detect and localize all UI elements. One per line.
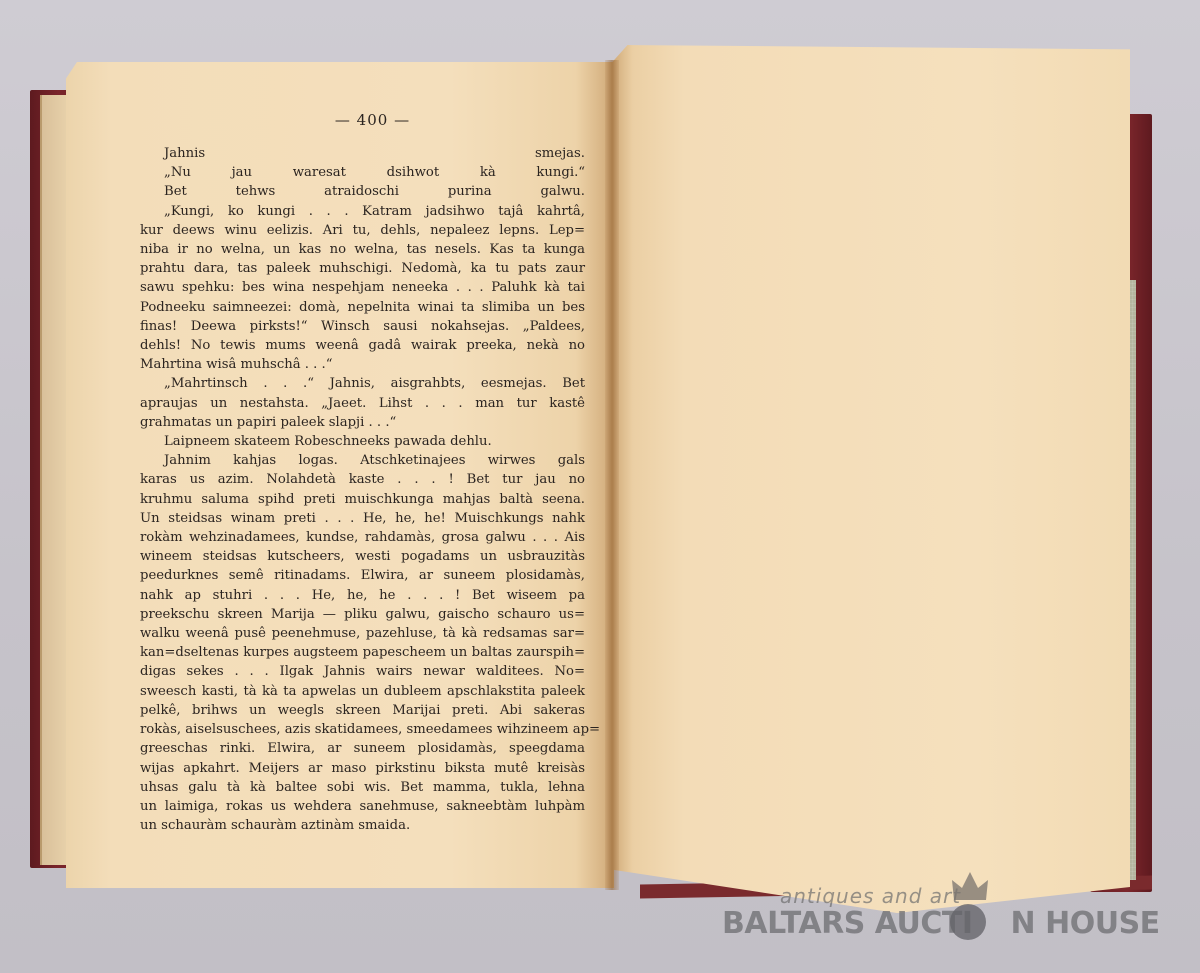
text-line: „Mahrtinsch . . .“ Jahnis, aisgrahbts, e… [140, 374, 585, 393]
text-lines: Jahnis smejas.„Nu jau waresat dsihwot kà… [140, 144, 585, 835]
page-number: — 400 — [160, 108, 585, 132]
crown-icon [950, 870, 990, 904]
text-line: pelkê, brihws un weegls skreen Marijai p… [140, 701, 585, 720]
auction-house-watermark: antiques and art BALTARS AUCTIN HOUSE [722, 884, 1122, 944]
text-line: preekschu skreen Marija — pliku galwu, g… [140, 605, 585, 624]
text-line: Bet tehws atraidoschi purina galwu. [140, 182, 585, 201]
text-line: Un steidsas winam preti . . . He, he, he… [140, 509, 585, 528]
text-line: peedurknes semê ritinadams. Elwira, ar s… [140, 566, 585, 585]
text-line: karas us azim. Nolahdetà kaste . . . ! B… [140, 470, 585, 489]
text-line: Mahrtina wisâ muhschâ . . .“ [140, 355, 585, 374]
text-line: niba ir no welna, un kas no welna, tas n… [140, 240, 585, 259]
left-page-text: — 400 — Jahnis smejas.„Nu jau waresat ds… [140, 108, 585, 835]
text-line: dehls! No tewis mums weenâ gadâ wairak p… [140, 336, 585, 355]
text-line: sawu spehku: bes wina nespehjam neneeka … [140, 278, 585, 297]
text-line: Jahnim kahjas logas. Atschketinajees wir… [140, 451, 585, 470]
text-line: prahtu dara, tas paleek muhschigi. Nedom… [140, 259, 585, 278]
watermark-name: BALTARS AUCTIN HOUSE [722, 906, 1160, 941]
text-line: Jahnis smejas. [140, 144, 585, 163]
text-line: nahk ap stuhri . . . He, he, he . . . ! … [140, 586, 585, 605]
text-line: wijas apkahrt. Meijers ar maso pirkstinu… [140, 759, 585, 778]
text-line: finas! Deewa pirksts!“ Winsch sausi noka… [140, 317, 585, 336]
text-line: walku weenâ pusê peenehmuse, pazehluse, … [140, 624, 585, 643]
right-page-blank [612, 45, 1130, 913]
watermark-name-right: N HOUSE [1011, 906, 1160, 941]
text-line: grahmatas un papiri paleek slapji . . .“ [140, 413, 585, 432]
text-line: greeschas rinki. Elwira, ar suneem plosi… [140, 739, 585, 758]
text-line: rokàs, aiselsuschees, azis skatidamees, … [140, 720, 585, 739]
book-gutter [605, 60, 619, 890]
text-line: kruhmu saluma spihd preti muischkunga ma… [140, 490, 585, 509]
text-line: un schauràm schauràm aztinàm smaida. [140, 816, 585, 835]
text-line: rokàm wehzinadamees, kundse, rahdamàs, g… [140, 528, 585, 547]
text-line: uhsas galu tà kà baltee sobi wis. Bet ma… [140, 778, 585, 797]
text-line: „Nu jau waresat dsihwot kà kungi.“ [140, 163, 585, 182]
text-line: wineem steidsas kutscheers, westi pogada… [140, 547, 585, 566]
text-line: digas sekes . . . Ilgak Jahnis wairs new… [140, 662, 585, 681]
book-photo-scene: — 400 — Jahnis smejas.„Nu jau waresat ds… [0, 0, 1200, 973]
watermark-name-left: BALTARS AUCTI [722, 906, 973, 941]
text-line: apraujas un nestahsta. „Jaeet. Lihst . .… [140, 394, 585, 413]
text-line: sweesch kasti, tà kà ta apwelas un duble… [140, 682, 585, 701]
text-line: „Kungi, ko kungi . . . Katram jadsihwo t… [140, 202, 585, 221]
text-line: kan=dseltenas kurpes augsteem papescheem… [140, 643, 585, 662]
text-line: un laimiga, rokas us wehdera sanehmuse, … [140, 797, 585, 816]
text-line: kur deews winu eelizis. Ari tu, dehls, n… [140, 221, 585, 240]
watermark-tagline: antiques and art [780, 884, 961, 908]
text-line: Podneeku saimneezei: domà, nepelnita win… [140, 298, 585, 317]
text-line: Laipneem skateem Robeschneeks pawada deh… [140, 432, 585, 451]
watermark-o-circle-icon [950, 904, 986, 940]
